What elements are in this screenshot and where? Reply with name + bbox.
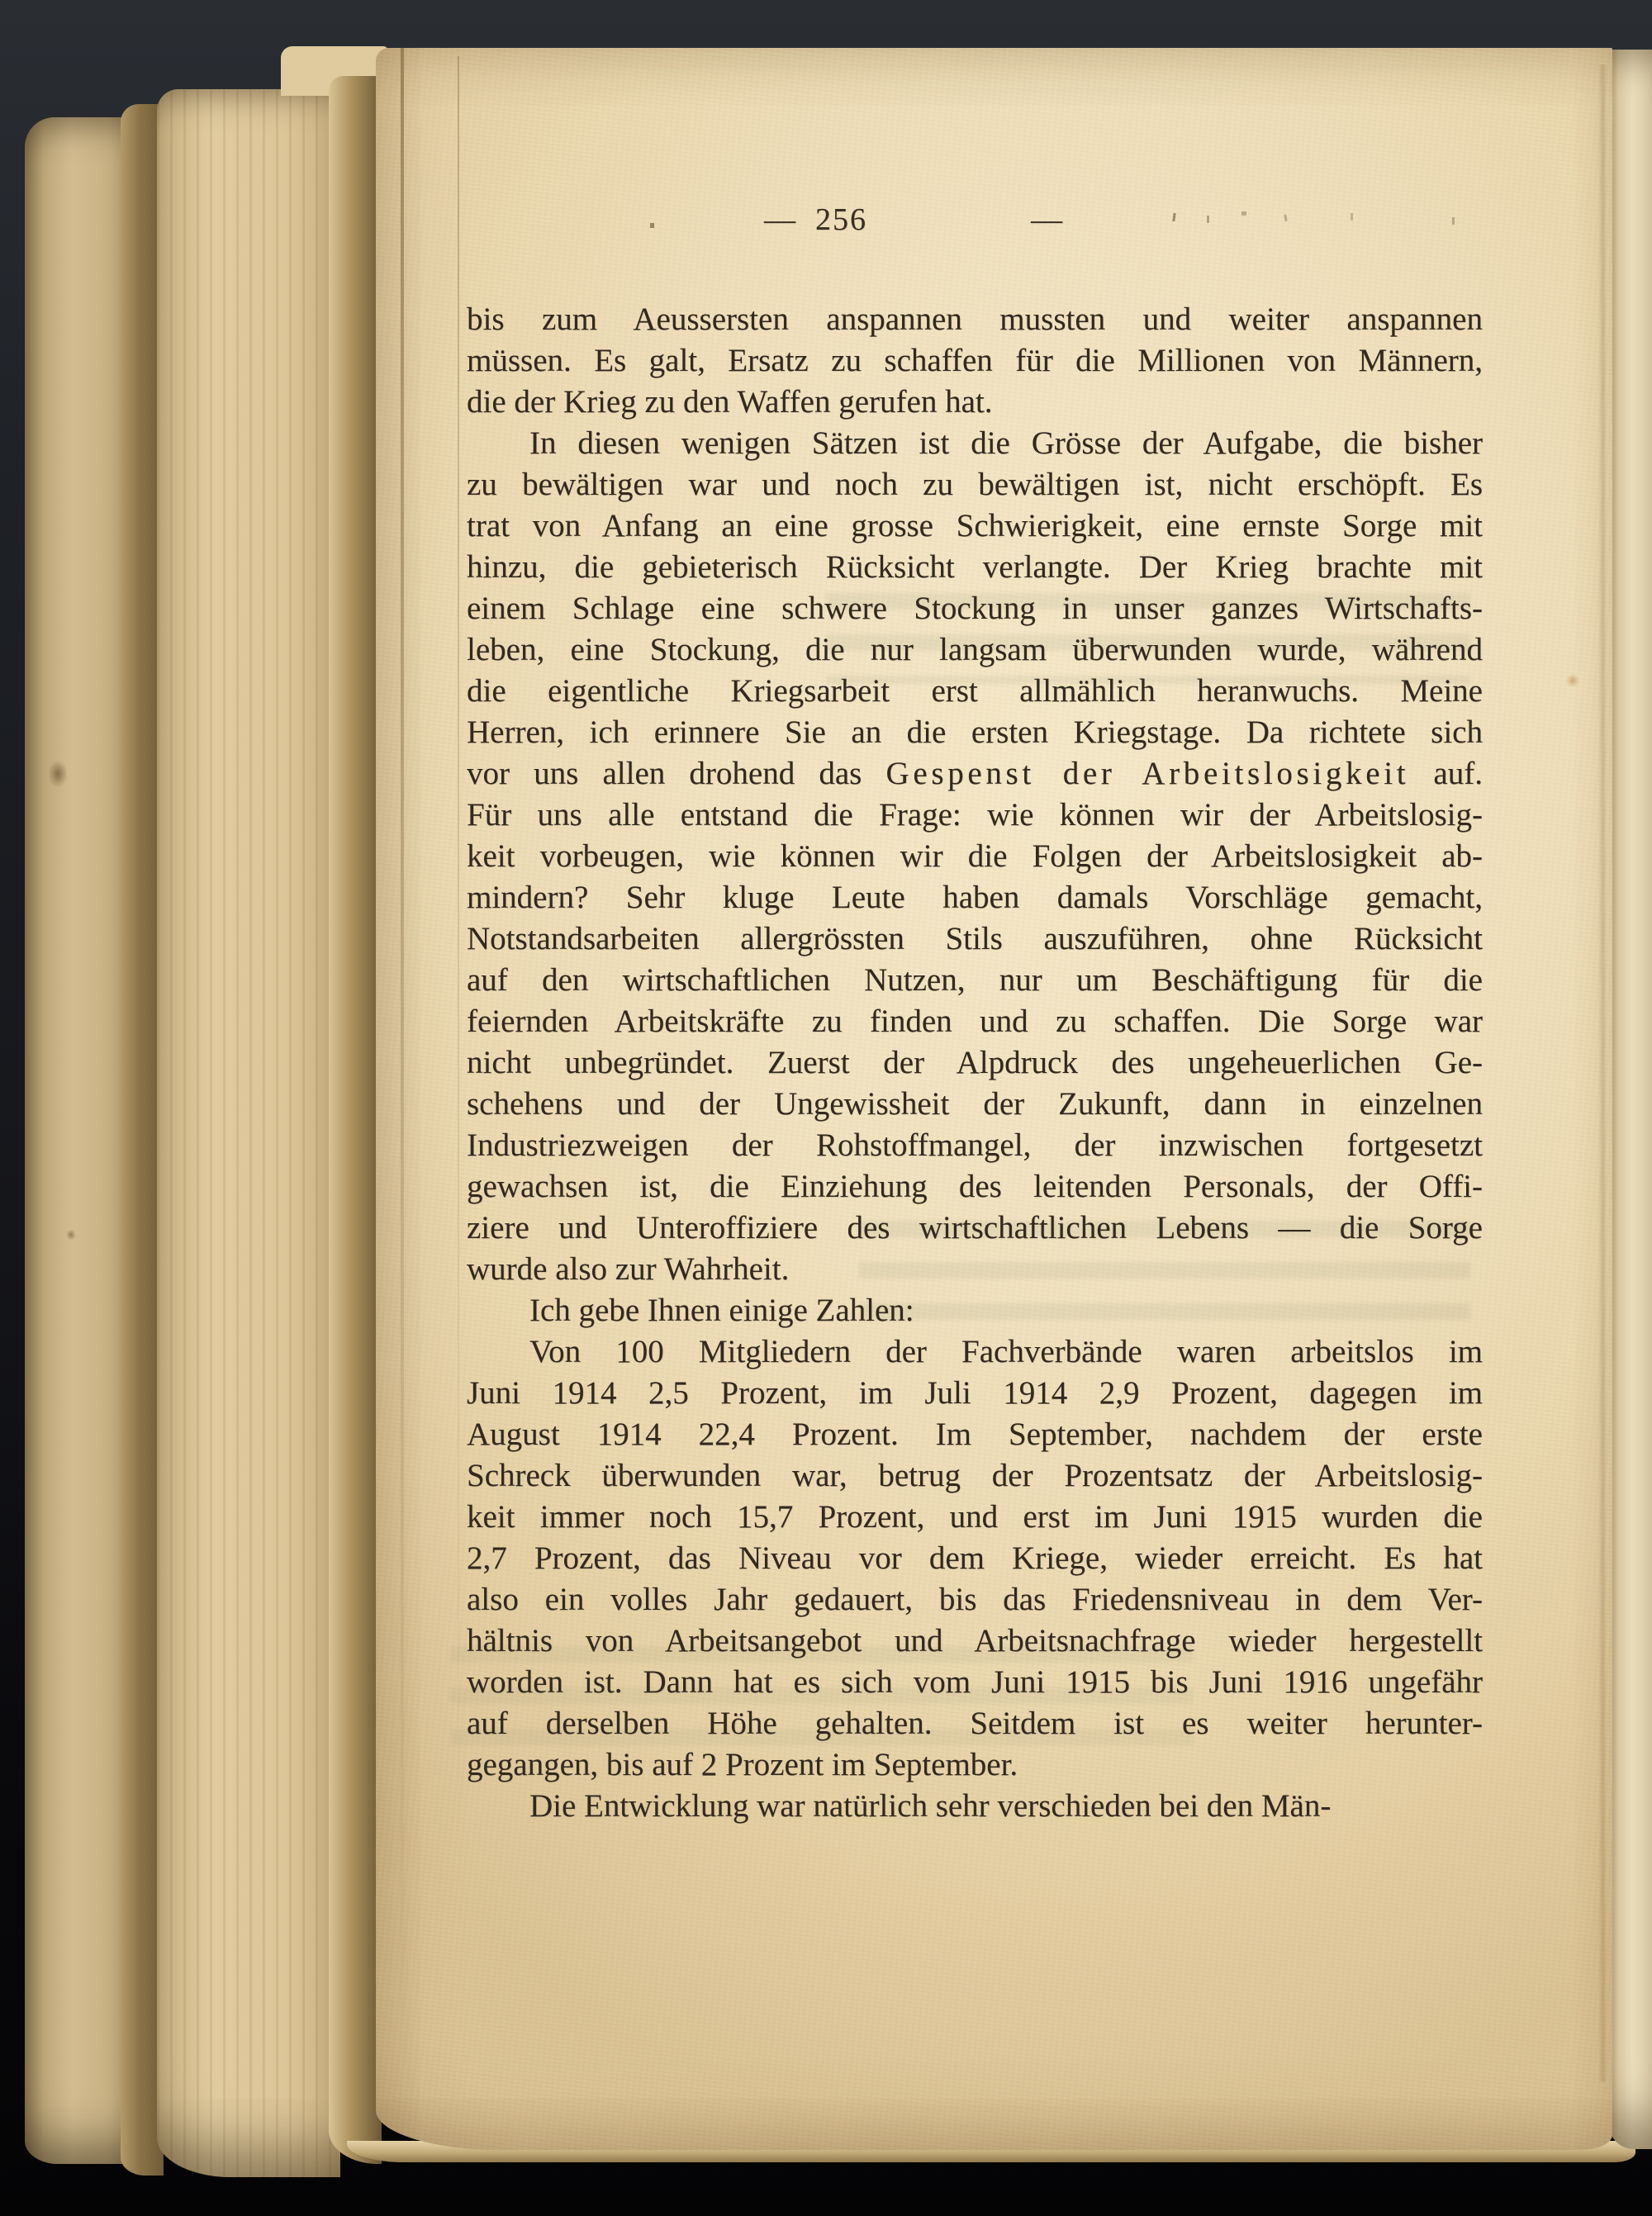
page-stack-edge-outer: [25, 117, 131, 2164]
page-stack-groove: [329, 76, 382, 2164]
text-line: also ein volles Jahr gedauert, bis das F…: [467, 1579, 1483, 1620]
page-stack-edge-inner: [157, 89, 340, 2177]
text-line: Von 100 Mitgliedern der Fachverbände war…: [467, 1331, 1483, 1373]
text-line: Industriezweigen der Rohstoffmangel, der…: [467, 1125, 1483, 1166]
text-line: hältnis von Arbeitsangebot und Arbeitsna…: [467, 1620, 1483, 1662]
edge-stain-small: [66, 1229, 76, 1241]
text-line: Die Entwicklung war natürlich sehr versc…: [467, 1786, 1483, 1827]
text-line: August 1914 22,4 Prozent. Im September, …: [467, 1414, 1483, 1455]
next-page-edge: [1609, 50, 1652, 2149]
text-line: schehens und der Ungewissheit der Zukunf…: [467, 1084, 1483, 1125]
text-line: nicht unbegründet. Zuerst der Alpdruck d…: [467, 1042, 1483, 1084]
edge-stain: [48, 760, 68, 788]
text-line: In diesen wenigen Sätzen ist die Grösse …: [467, 423, 1483, 464]
text-line: die der Krieg zu den Waffen gerufen hat.: [467, 382, 1483, 423]
text-line: vor uns allen drohend das Gespenst der A…: [467, 753, 1483, 795]
text-line: bis zum Aeussersten anspannen mussten un…: [467, 299, 1483, 340]
text-line: keit vorbeugen, wie können wir die Folge…: [467, 836, 1483, 877]
text-line: Schreck überwunden war, betrug der Proze…: [467, 1455, 1483, 1497]
text-line: zu bewältigen war und noch zu bewältigen…: [467, 464, 1483, 505]
text-line: Ich gebe Ihnen einige Zahlen:: [467, 1290, 1483, 1331]
text-line: keit immer noch 15,7 Prozent, und erst i…: [467, 1497, 1483, 1538]
page-number-value: 256: [815, 202, 867, 237]
text-line: hinzu, die gebieterisch Rücksicht verlan…: [467, 547, 1483, 588]
text-line: ziere und Unteroffiziere des wirtschaftl…: [467, 1208, 1483, 1249]
page-number-dash-left: —: [764, 202, 797, 237]
text-line: die eigentliche Kriegsarbeit erst allmäh…: [467, 671, 1483, 712]
letterspaced-emphasis: Gespenst der Arbeitslosigkeit: [886, 756, 1410, 791]
text-line: Notstandsarbeiten allergrössten Stils au…: [467, 918, 1483, 960]
page-number: —256—: [764, 202, 1064, 243]
text-line: wurde also zur Wahrheit.: [467, 1249, 1483, 1290]
text-line: Herren, ich erinnere Sie an die ersten K…: [467, 712, 1483, 753]
scanned-book-page: —256— bis zum Aeussersten anspannen muss…: [0, 0, 1652, 2216]
text-line: gegangen, bis auf 2 Prozent im September…: [467, 1744, 1483, 1786]
text-line: mindern? Sehr kluge Leute haben damals V…: [467, 877, 1483, 918]
text-line: gewachsen ist, die Einziehung des leiten…: [467, 1166, 1483, 1208]
text-line: leben, eine Stockung, die nur langsam üb…: [467, 629, 1483, 671]
text-line: auf den wirtschaftlichen Nutzen, nur um …: [467, 960, 1483, 1001]
text-line: Für uns alle entstand die Frage: wie kön…: [467, 795, 1483, 836]
printed-content: —256— bis zum Aeussersten anspannen muss…: [376, 48, 1612, 2150]
text-line: feiernden Arbeitskräfte zu finden und zu…: [467, 1001, 1483, 1042]
page-number-dash-right: —: [1031, 202, 1064, 237]
text-line: auf derselben Höhe gehalten. Seitdem ist…: [467, 1703, 1483, 1744]
text-line: müssen. Es galt, Ersatz zu schaffen für …: [467, 340, 1483, 382]
text-block: bis zum Aeussersten anspannen mussten un…: [467, 299, 1483, 1827]
text-line: einem Schlage eine schwere Stockung in u…: [467, 588, 1483, 629]
text-line: 2,7 Prozent, das Niveau vor dem Kriege, …: [467, 1538, 1483, 1579]
text-line: worden ist. Dann hat es sich vom Juni 19…: [467, 1662, 1483, 1703]
book-page: —256— bis zum Aeussersten anspannen muss…: [376, 48, 1612, 2150]
text-line: trat von Anfang an eine grosse Schwierig…: [467, 505, 1483, 547]
text-line: Juni 1914 2,5 Prozent, im Juli 1914 2,9 …: [467, 1373, 1483, 1414]
